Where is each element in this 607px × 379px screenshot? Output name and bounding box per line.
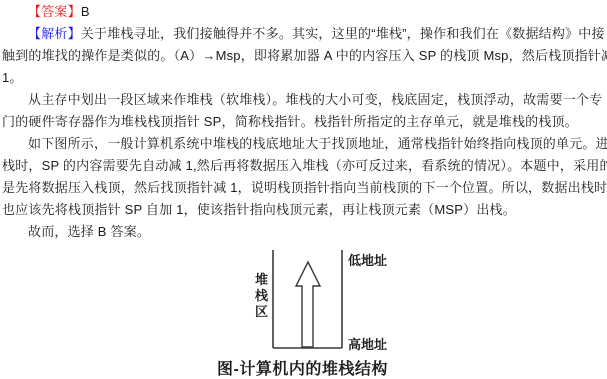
answer-label: 【答案】 — [28, 4, 81, 19]
answer-value: B — [81, 4, 90, 19]
low-address-label: 低地址 — [348, 250, 387, 269]
answer-explanation-document: 【答案】B 【解析】关于堆栈寻址，我们接触得并不多。其实，这里的“堆栈”，操作和… — [0, 0, 607, 379]
conclusion-line: 故而，选择 B 答案。 — [0, 221, 607, 243]
up-arrow-icon — [296, 262, 320, 347]
analysis-text-line: 是先将数据压入栈顶，然后找顶指针减 1，说明栈顶指针指向当前栈顶的下一个位置。所… — [0, 177, 607, 199]
stack-diagram — [270, 248, 348, 352]
analysis-text-line: 触到的堆找的操作是类似的。（A）→Msp，即将累加器 A 中的内容压入 SP 的… — [0, 45, 607, 67]
analysis-intro-line: 【解析】关于堆栈寻址，我们接触得并不多。其实，这里的“堆栈”，操作和我们在《数据… — [0, 23, 607, 45]
stack-region-label: 堆栈区 — [254, 272, 269, 320]
diagram-caption: 图-计算机内的堆栈结构 — [217, 356, 388, 379]
analysis-text-line: 也应该先将栈顶指针 SP 自加 1，使该指针指向栈顶元素，再让栈顶元素（MSP）… — [0, 199, 607, 221]
answer-line: 【答案】B — [0, 1, 607, 23]
analysis-text-line: 1。 — [0, 67, 607, 89]
analysis-text-line: 从主存中划出一段区域来作堆栈（软堆栈）。堆栈的大小可变，栈底固定，栈顶浮动，故需… — [0, 89, 607, 111]
explanation-text-block: 【答案】B 【解析】关于堆栈寻址，我们接触得并不多。其实，这里的“堆栈”，操作和… — [0, 1, 607, 243]
analysis-label: 【解析】 — [28, 26, 81, 41]
analysis-text-line: 门的硬件寄存器作为堆栈栈顶指针 SP，简称栈指针。栈指针所指定的主存单元，就是堆… — [0, 111, 607, 133]
analysis-text-line: 栈时，SP 的内容需要先自动减 1,然后再将数据压入堆栈（亦可反过来，看系统的情… — [0, 155, 607, 177]
analysis-intro-text: 关于堆栈寻址，我们接触得并不多。其实，这里的“堆栈”，操作和我们在《数据结构》中… — [81, 26, 605, 41]
high-address-label: 高地址 — [348, 334, 387, 353]
analysis-text-line: 如下图所示，一般计算机系统中堆栈的栈底地址大于找顶地址，通常栈指针始终指向栈顶的… — [0, 133, 607, 155]
